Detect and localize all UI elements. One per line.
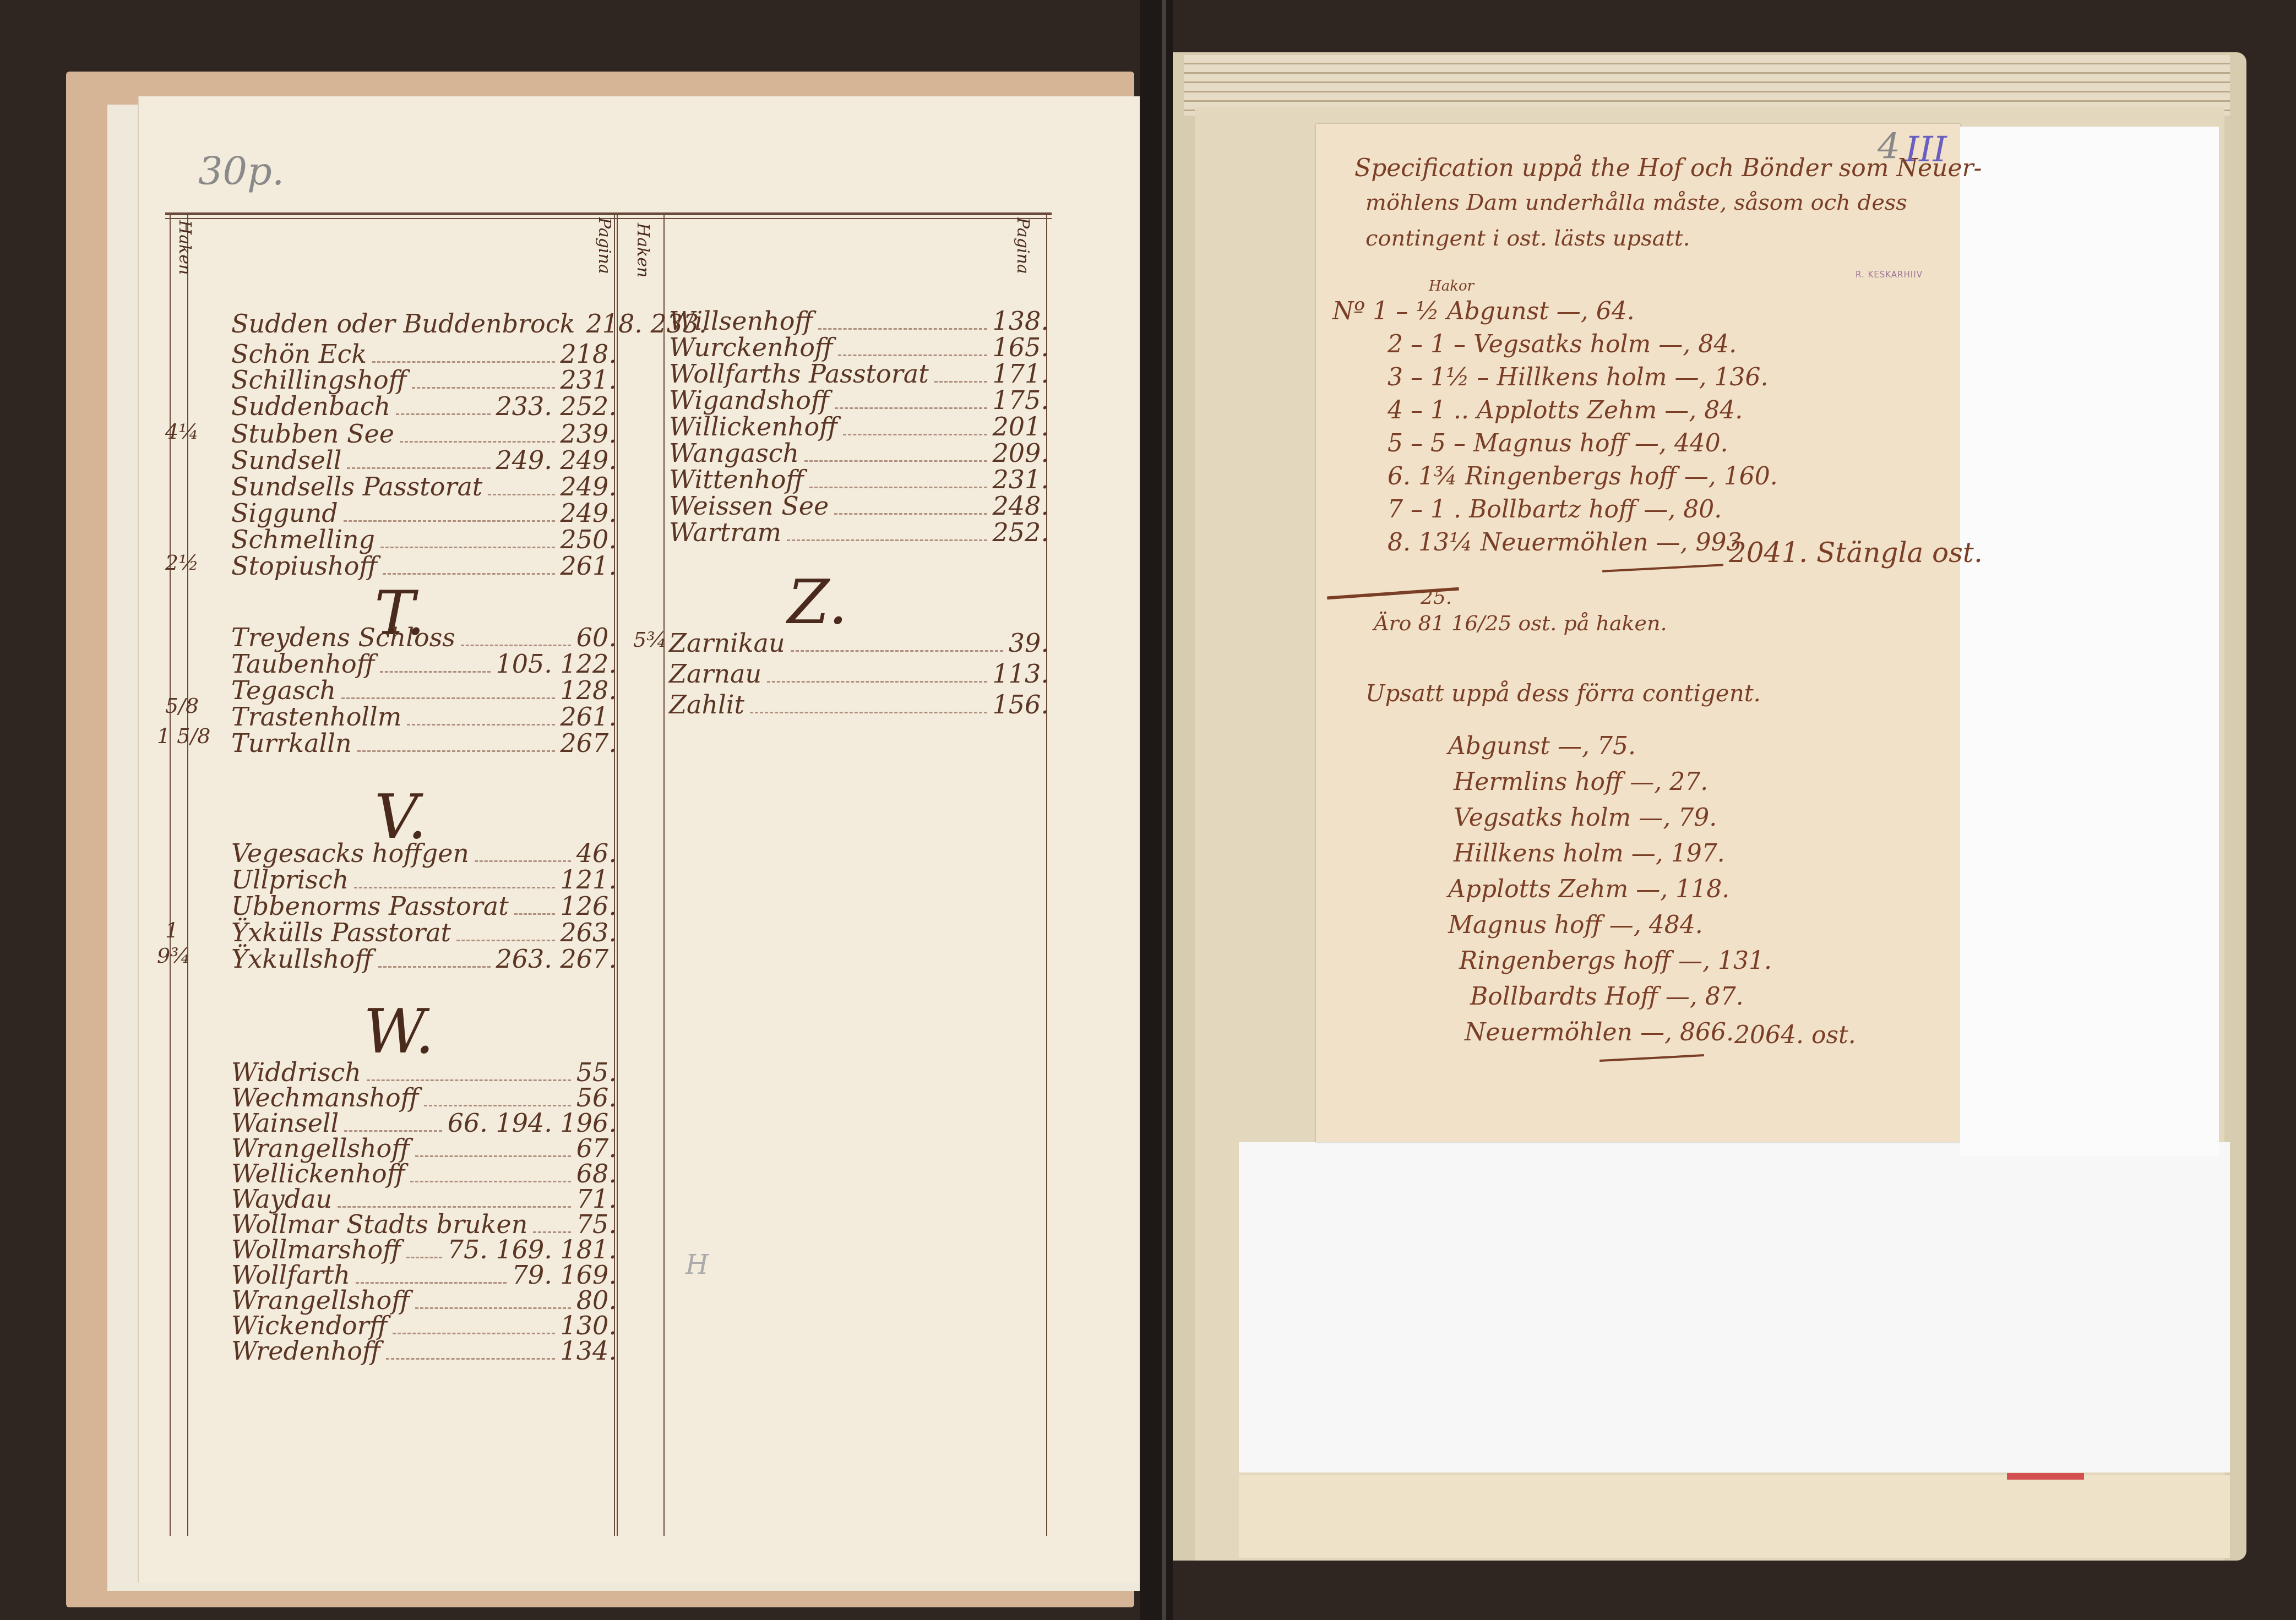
section-letter-w: W. — [363, 996, 434, 1067]
haken-margin: 2½ — [165, 550, 199, 575]
per-haken-note: Äro 81 16/25 ost. på haken. — [1374, 611, 1667, 635]
list1-row: 3 – 1½ – Hillkens holm —, 136. — [1388, 363, 1768, 391]
hakor-sum: 25. — [1421, 586, 1452, 609]
col1-haken-rule — [187, 215, 188, 1536]
list2-row: Neuermöhlen —, 866. — [1465, 1018, 1734, 1046]
col1-left-rule — [170, 215, 171, 1536]
list2-row: Applotts Zehm —, 118. — [1448, 875, 1729, 903]
list1-row: 2 – 1 – Vegsatks holm —, 84. — [1388, 330, 1737, 358]
haken-margin: 4¼ — [165, 419, 199, 444]
index-row: Suddenbach233. 252. — [231, 391, 617, 422]
col2-haken-rule — [663, 215, 665, 1536]
list2-row: Ringenbergs hoff —, 131. — [1459, 947, 1772, 975]
col2-pagina-header: Pagina — [1013, 217, 1032, 274]
list2-row: Hermlins hoff —, 27. — [1454, 768, 1708, 796]
list1-row: 6. 1¾ Ringenbergs hoff —, 160. — [1388, 462, 1778, 490]
index-row: Zarnikau39. — [669, 628, 1049, 658]
total-1: 2041. Stängla ost. — [1729, 537, 1983, 569]
list2-row: Magnus hoff —, 484. — [1448, 911, 1703, 939]
index-row: Stopiushoff261. — [231, 550, 617, 581]
heading-line-1: Specification uppå the Hof och Bönder so… — [1354, 154, 1982, 182]
subheading-2: Upsatt uppå dess förra contigent. — [1365, 680, 1761, 707]
index-row: Turrkalln267. — [231, 728, 617, 759]
archive-stamp: R. KESKARHIIV — [1856, 270, 1923, 280]
spine-edge — [1162, 0, 1166, 1620]
hakor-label: Hakor — [1429, 278, 1474, 294]
index-row: Ÿxkullshoff263. 267. — [231, 943, 617, 974]
haken-margin: 1 — [165, 918, 178, 942]
index-row: Zarnau113. — [669, 658, 1049, 689]
index-row: Wartram252. — [669, 517, 1049, 548]
col2-haken-header: Haken — [633, 223, 652, 277]
pencil-mark: H — [685, 1250, 709, 1280]
list1-row: 7 – 1 . Bollbartz hoff —, 80. — [1388, 495, 1722, 523]
white-cover-sheet-bottom — [1239, 1142, 2230, 1472]
haken-margin: 5/8 — [165, 694, 199, 718]
list1-row: 5 – 5 – Magnus hoff —, 440. — [1388, 429, 1728, 457]
haken-margin: 1 5/8 — [157, 724, 210, 748]
haken-margin: 5¾ — [633, 628, 667, 652]
bottom-paper-strip — [1239, 1475, 2230, 1558]
table-top-rule — [165, 212, 1052, 215]
list1-row: 4 – 1 .. Applotts Zehm —, 84. — [1388, 396, 1743, 424]
white-cover-sheet-right — [1960, 127, 2219, 1156]
heading-line-3: contingent i ost. lästs upsatt. — [1365, 226, 1690, 251]
heading-line-2: möhlens Dam underhålla måste, såsom och … — [1365, 190, 1907, 215]
total-2: 2064. ost. — [1734, 1021, 1856, 1049]
pencil-folio: 30p. — [198, 149, 284, 194]
list2-row: Bollbardts Hoff —, 87. — [1470, 983, 1744, 1011]
index-row: Zahlit156. — [669, 689, 1049, 720]
col-divider-2 — [617, 215, 618, 1536]
index-row: Sudden oder Buddenbrock218. 233. — [231, 308, 617, 339]
red-tab-marker — [2007, 1473, 2084, 1480]
page-edges — [1184, 55, 2230, 116]
col1-haken-header: Haken — [175, 220, 194, 275]
col1-pagina-header: Pagina — [595, 217, 614, 274]
list1-row: Nº 1 – ½ Abgunst —, 64. — [1332, 297, 1635, 325]
list1-row: 8. 13¼ Neuermöhlen —, 993 — [1388, 528, 1742, 557]
section-letter-z: Z. — [787, 567, 847, 637]
haken-margin: 9¾ — [157, 943, 191, 968]
list2-row: Abgunst —, 75. — [1448, 732, 1636, 760]
list2-row: Hillkens holm —, 197. — [1454, 839, 1725, 868]
index-row: Wredenhoff134. — [231, 1335, 617, 1366]
list2-row: Vegsatks holm —, 79. — [1454, 804, 1717, 832]
book-spine — [1140, 0, 1173, 1620]
